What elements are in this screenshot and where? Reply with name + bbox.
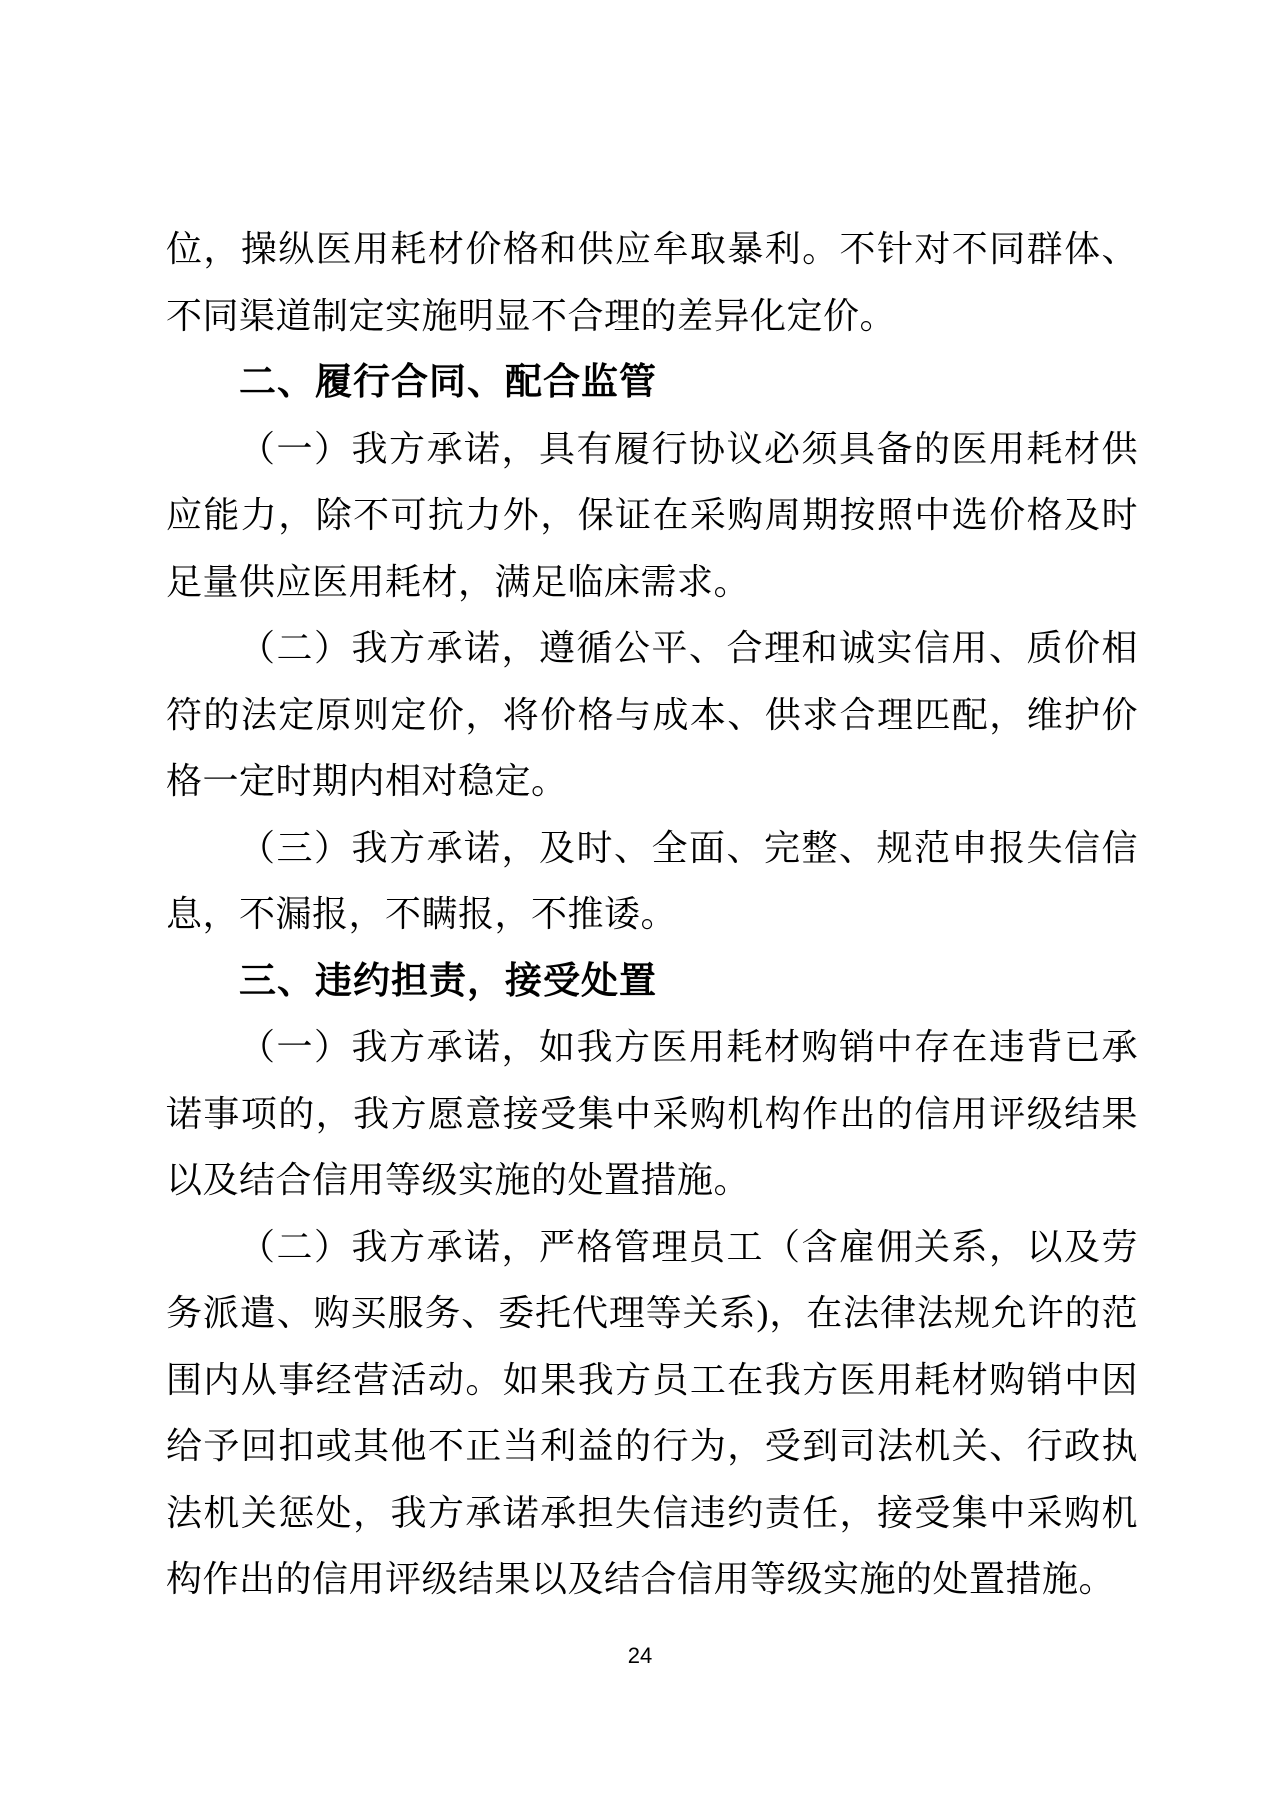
paragraph-pricing-continuation: 位，操纵医用耗材价格和供应牟取暴利。不针对不同群体、不同渠道制定实施明显不合理的… [166, 216, 1138, 349]
document-body: 位，操纵医用耗材价格和供应牟取暴利。不针对不同群体、不同渠道制定实施明显不合理的… [166, 216, 1138, 1613]
clause-paragraph-employee-management: （二）我方承诺，严格管理员工（含雇佣关系，以及劳务派遣、购买服务、委托代理等关系… [166, 1214, 1138, 1613]
clause-paragraph-fair-pricing: （二）我方承诺，遵循公平、合理和诚实信用、质价相符的法定原则定价，将价格与成本、… [166, 615, 1138, 815]
page-number: 24 [0, 1641, 1280, 1671]
document-page: 位，操纵医用耗材价格和供应牟取暴利。不针对不同群体、不同渠道制定实施明显不合理的… [0, 0, 1280, 1810]
section-heading-contract-compliance: 二、履行合同、配合监管 [166, 349, 1138, 416]
clause-paragraph-accept-rating: （一）我方承诺，如我方医用耗材购销中存在违背已承诺事项的，我方愿意接受集中采购机… [166, 1014, 1138, 1214]
clause-paragraph-credit-reporting: （三）我方承诺，及时、全面、完整、规范申报失信信息，不漏报，不瞒报，不推诿。 [166, 815, 1138, 948]
clause-paragraph-supply-capacity: （一）我方承诺，具有履行协议必须具备的医用耗材供应能力，除不可抗力外，保证在采购… [166, 416, 1138, 616]
section-heading-breach-liability: 三、违约担责，接受处置 [166, 948, 1138, 1015]
